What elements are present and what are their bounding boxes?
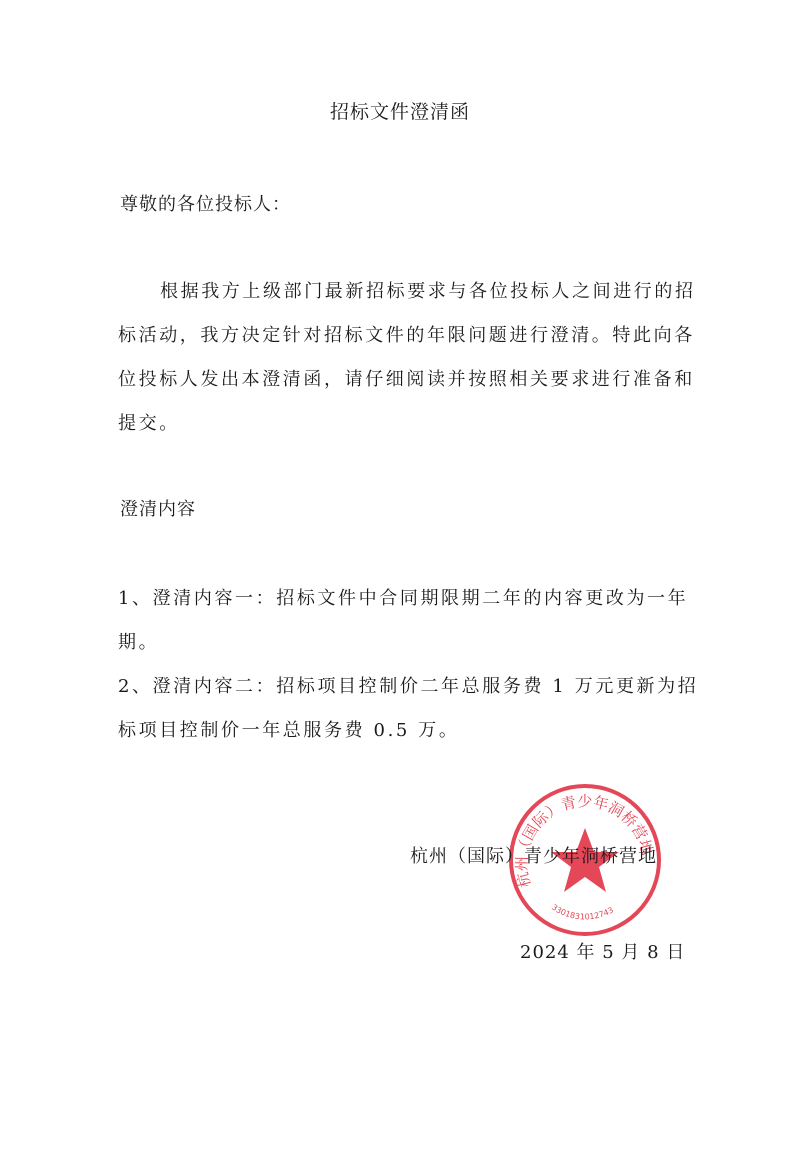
- document-date: 2024 年 5 月 8 日: [520, 938, 685, 964]
- clarification-list: 1、澄清内容一：招标文件中合同期限期二年的内容更改为一年期。 2、澄清内容二：招…: [118, 577, 708, 753]
- document-title: 招标文件澄清函: [0, 97, 800, 124]
- salutation: 尊敬的各位投标人：: [120, 190, 291, 216]
- svg-text:3301831012743: 3301831012743: [550, 903, 615, 922]
- signatory: 杭州（国际）青少年洞桥营地: [410, 842, 657, 868]
- clarification-item-2: 2、澄清内容二：招标项目控制价二年总服务费 1 万元更新为招标项目控制价一年总服…: [118, 665, 708, 753]
- body-paragraph-text: 根据我方上级部门最新招标要求与各位投标人之间进行的招标活动，我方决定针对招标文件…: [118, 281, 696, 434]
- body-paragraph: 根据我方上级部门最新招标要求与各位投标人之间进行的招标活动，我方决定针对招标文件…: [118, 270, 698, 446]
- section-heading: 澄清内容: [120, 495, 196, 521]
- clarification-item-1: 1、澄清内容一：招标文件中合同期限期二年的内容更改为一年期。: [118, 577, 708, 665]
